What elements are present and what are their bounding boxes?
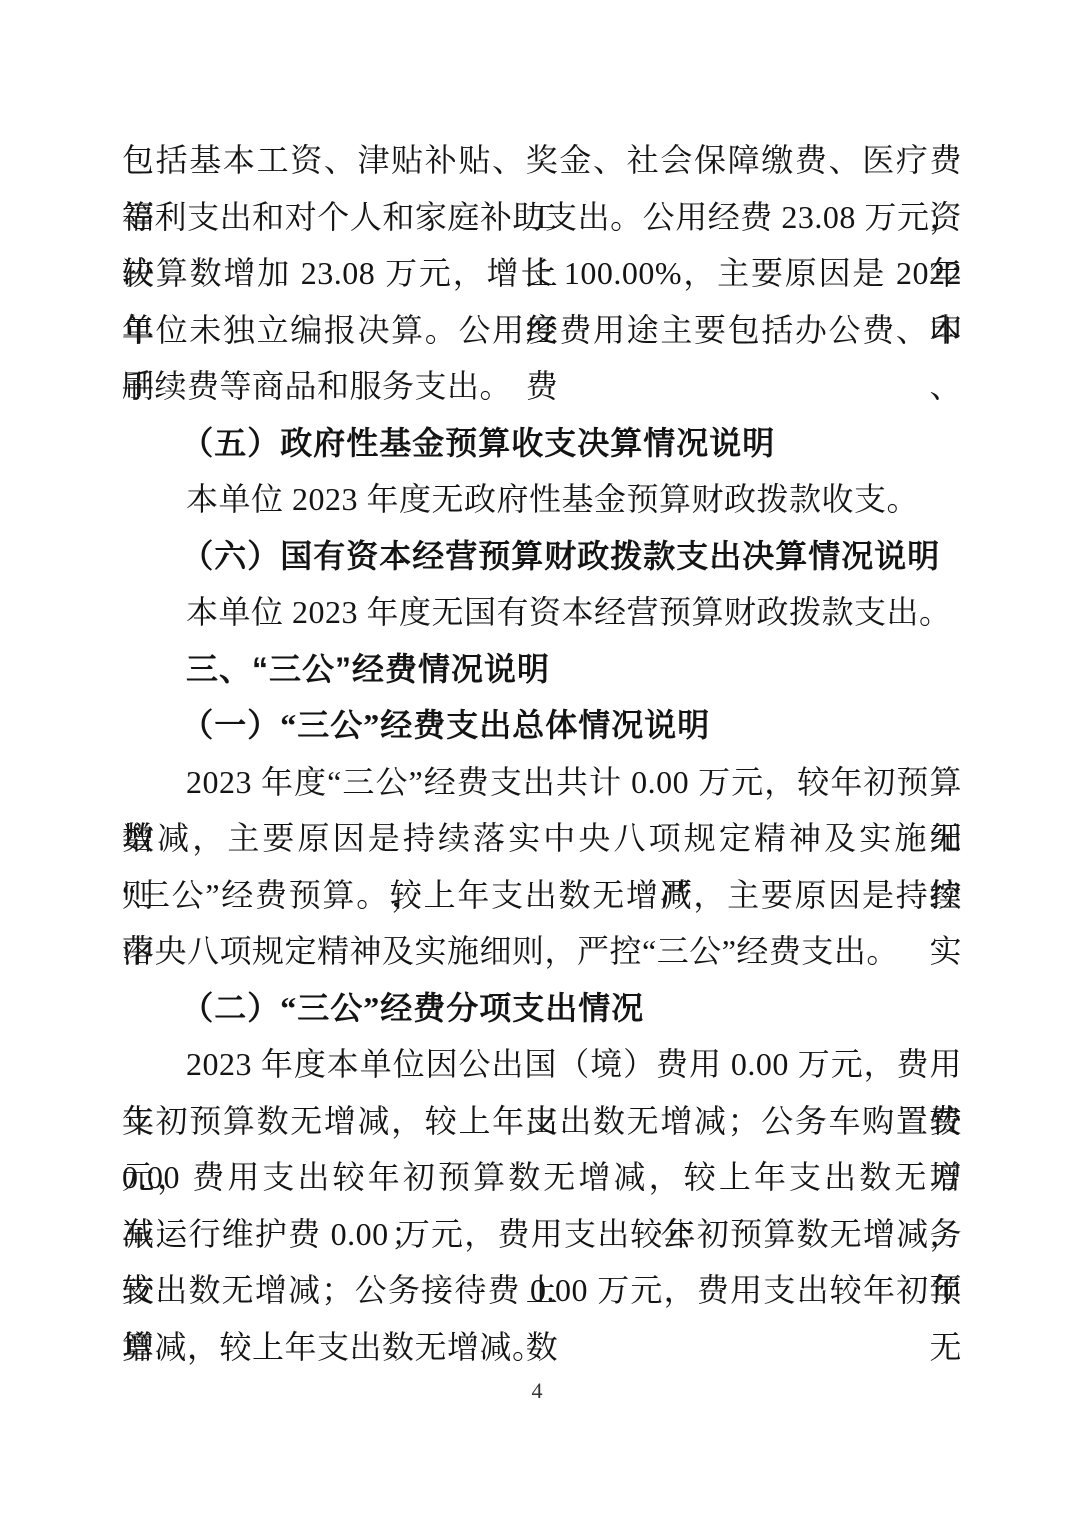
page-number: 4 — [0, 1376, 1074, 1406]
text-line: 增减，主要原因是持续落实中央八项规定精神及实施细则，严控 — [122, 810, 962, 867]
text-line: 本单位 2023 年度无政府性基金预算财政拨款收支。 — [122, 471, 962, 528]
text-line: 决算数增加 23.08 万元，增长 100.00%，主要原因是 2022 年度本 — [122, 245, 962, 302]
text-line: 福利支出和对个人和家庭补助支出。公用经费 23.08 万元，较上年 — [122, 189, 962, 246]
text-line: 年初预算数无增减，较上年支出数无增减；公务车购置费 0.00 万 — [122, 1093, 962, 1150]
text-line: 支出数无增减；公务接待费 0.00 万元，费用支出较年初预算数无 — [122, 1262, 962, 1319]
section-heading-2: （二）“三公”经费分项支出情况 — [122, 980, 962, 1037]
text-line: 包括基本工资、津贴补贴、奖金、社会保障缴费、医疗费等工资 — [122, 132, 962, 189]
text-line: 2023 年度“三公”经费支出共计 0.00 万元，较年初预算数无 — [122, 754, 962, 811]
section-heading-5: （五）政府性基金预算收支决算情况说明 — [122, 415, 962, 472]
text-line: 2023 年度本单位因公出国（境）费用 0.00 万元，费用支出较 — [122, 1036, 962, 1093]
text-line: 本单位 2023 年度无国有资本经营预算财政拨款支出。 — [122, 584, 962, 641]
document-body: 包括基本工资、津贴补贴、奖金、社会保障缴费、医疗费等工资 福利支出和对个人和家庭… — [122, 132, 962, 1375]
text-line: 车运行维护费 0.00 万元，费用支出较年初预算数无增减，较上年 — [122, 1206, 962, 1263]
text-line: 中央八项规定精神及实施细则，严控“三公”经费支出。 — [122, 923, 962, 980]
text-line: 元，费用支出较年初预算数无增减，较上年支出数无增减；公务 — [122, 1149, 962, 1206]
section-heading-6: （六）国有资本经营预算财政拨款支出决算情况说明 — [122, 528, 962, 585]
section-heading-1: （一）“三公”经费支出总体情况说明 — [122, 697, 962, 754]
text-line: 单位未独立编报决算。公用经费用途主要包括办公费、印刷费、 — [122, 302, 962, 359]
document-page: 包括基本工资、津贴补贴、奖金、社会保障缴费、医疗费等工资 福利支出和对个人和家庭… — [0, 0, 1074, 1520]
text-line: “三公”经费预算。较上年支出数无增减，主要原因是持续落实 — [122, 867, 962, 924]
chapter-heading-3: 三、“三公”经费情况说明 — [122, 641, 962, 698]
